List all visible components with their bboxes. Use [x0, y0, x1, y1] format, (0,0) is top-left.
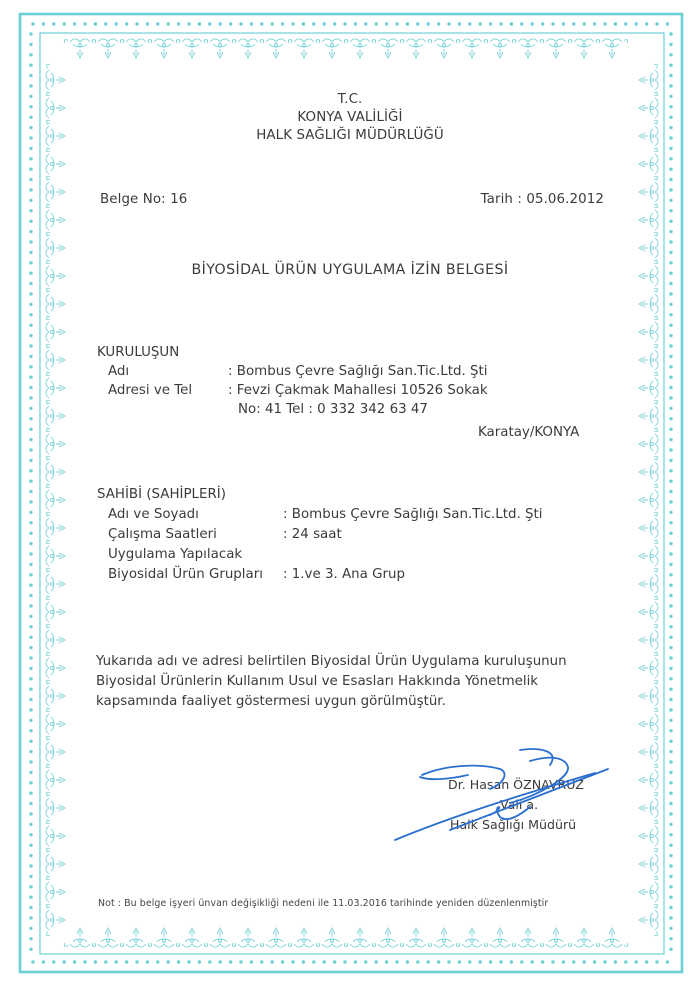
statement-line: Yukarıda adı ve adresi belirtilen Biyosi… — [96, 652, 616, 672]
statement-paragraph: Yukarıda adı ve adresi belirtilen Biyosi… — [96, 652, 616, 712]
organization-address-label: Adresi ve Tel — [108, 383, 192, 398]
signature-scribble — [390, 745, 620, 845]
document-date: Tarih : 05.06.2012 — [481, 192, 604, 207]
working-hours-label: Çalışma Saatleri — [108, 527, 217, 542]
owner-name-label: Adı ve Soyadı — [108, 507, 199, 522]
organization-name-label: Adı — [108, 364, 129, 379]
statement-line: kapsamında faaliyet göstermesi uygun gör… — [96, 692, 616, 712]
organization-address-value: : Fevzi Çakmak Mahallesi 10526 Sokak — [228, 383, 488, 398]
working-hours-value: : 24 saat — [283, 527, 342, 542]
organization-heading: KURULUŞUN — [97, 345, 179, 360]
organization-address-line2: No: 41 Tel : 0 332 342 63 47 — [238, 402, 428, 417]
header-governorship: KONYA VALİLİĞİ — [0, 110, 700, 125]
application-label: Uygulama Yapılacak — [108, 547, 242, 562]
owner-heading: SAHİBİ (SAHİPLERİ) — [97, 487, 226, 502]
document-number: Belge No: 16 — [100, 192, 187, 207]
statement-line: Biyosidal Ürünlerin Kullanım Usul ve Esa… — [96, 672, 616, 692]
owner-name-value: : Bombus Çevre Sağlığı San.Tic.Ltd. Şti — [283, 507, 543, 522]
header-tc: T.C. — [0, 92, 700, 107]
document-title: BİYOSİDAL ÜRÜN UYGULAMA İZİN BELGESİ — [0, 262, 700, 278]
product-groups-value: : 1.ve 3. Ana Grup — [283, 567, 405, 582]
organization-name-value: : Bombus Çevre Sağlığı San.Tic.Ltd. Şti — [228, 364, 488, 379]
footer-note: Not : Bu belge işyeri ünvan değişikliği … — [98, 898, 548, 909]
product-groups-label: Biyosidal Ürün Grupları — [108, 567, 263, 582]
organization-address-line3: Karatay/KONYA — [478, 425, 579, 440]
header-directorate: HALK SAĞLIĞI MÜDÜRLÜĞÜ — [0, 128, 700, 143]
